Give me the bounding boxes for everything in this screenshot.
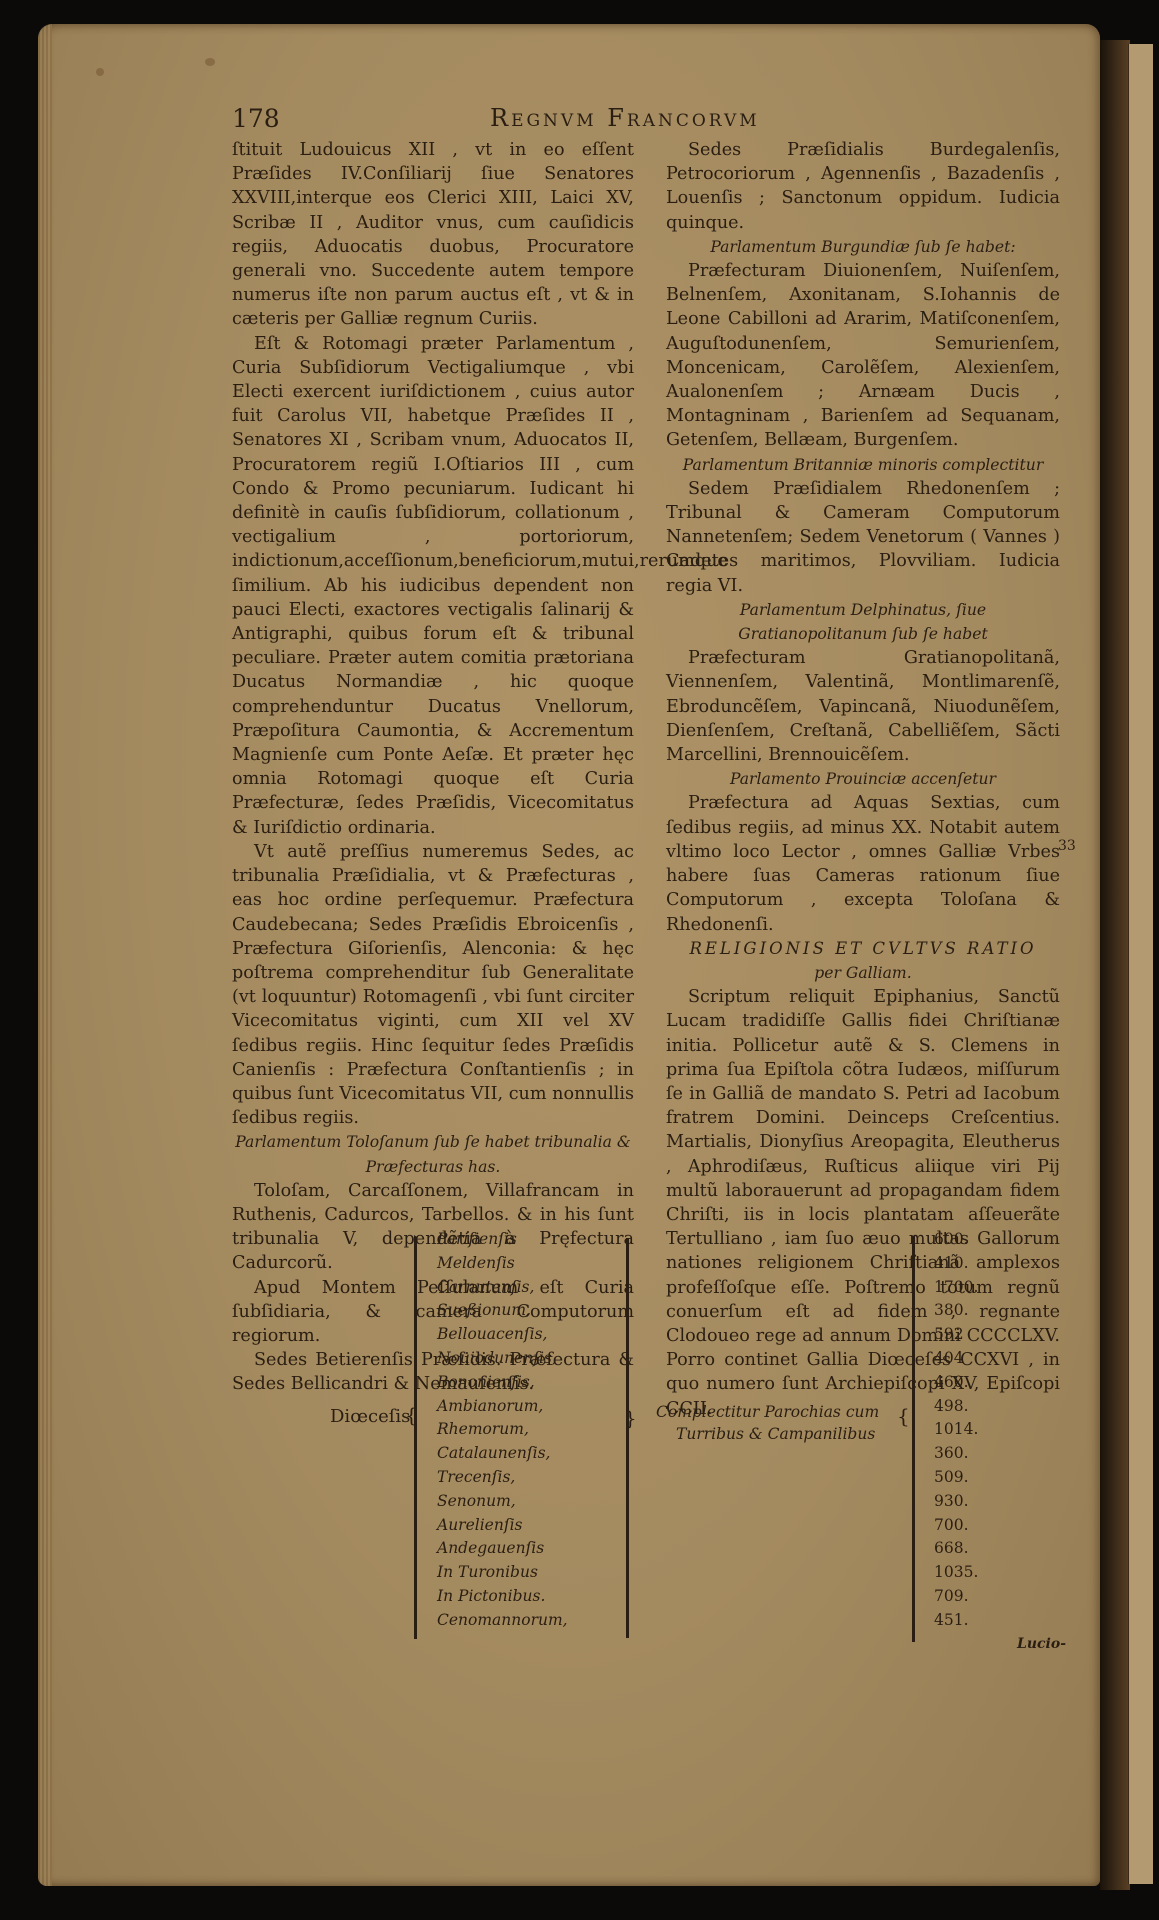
left-column: ſtituit Ludouicus XII , vt in eo eſſent … xyxy=(232,138,634,1397)
diocese-label: Diœceſis xyxy=(330,1406,410,1427)
next-page-edge xyxy=(1128,44,1153,1884)
chapter-subheading: per Galliam. xyxy=(666,961,1060,985)
parish-count: 668. xyxy=(934,1537,978,1561)
parish-count: 1014. xyxy=(934,1418,978,1442)
section-heading: Parlamentum Toloſanum ſub ſe habet tribu… xyxy=(232,1130,634,1178)
running-head: Regnvm Francorvm xyxy=(490,104,760,132)
paragraph: Eſt & Rotomagi præter Parlamentum , Curi… xyxy=(232,332,634,840)
page-stack-edge xyxy=(38,24,52,1886)
diocese-list: Pariſienſis Meldenſis Carnutenſis, Sueßi… xyxy=(437,1228,568,1633)
paragraph: Vt autẽ preſſius numeremus Sedes, ac tri… xyxy=(232,840,634,1130)
chapter-heading: RELIGIONIS ET CVLTVS RATIO xyxy=(666,937,1060,961)
diocese-item: Sueßionum, xyxy=(437,1299,568,1323)
section-heading: Parlamentum Britanniæ minoris complectit… xyxy=(666,453,1060,477)
parish-count: 451. xyxy=(934,1609,978,1633)
diocese-item: Catalaunenſis, xyxy=(437,1442,568,1466)
parish-label: Complectitur Parochias cum Turribus & Ca… xyxy=(656,1401,879,1445)
foxing-spot xyxy=(96,68,104,76)
diocese-item: Aurelienſis xyxy=(437,1514,568,1538)
paragraph: Præfecturam Gratianopolitanã, Viennenſem… xyxy=(666,646,1060,767)
diocese-item: In Pictonibus. xyxy=(437,1585,568,1609)
parish-count: 709. xyxy=(934,1585,978,1609)
catchword: Lucio- xyxy=(1017,1636,1066,1652)
margin-note: 33 xyxy=(1058,838,1076,854)
parish-count-list: 600. 410. 1700. 380. 592 404 460. 498. 1… xyxy=(934,1228,978,1633)
diocese-item: In Turonibus xyxy=(437,1561,568,1585)
diocese-item: Nouiodunenſis, xyxy=(437,1347,568,1371)
diocese-item: Senonum, xyxy=(437,1490,568,1514)
diocese-item: Andegauenſis xyxy=(437,1537,568,1561)
right-column: Sedes Præſidialis Burdegalenſis, Petroco… xyxy=(666,138,1060,1421)
parish-count: 1035. xyxy=(934,1561,978,1585)
diocese-item: Carnutenſis, xyxy=(437,1276,568,1300)
diocese-item: Meldenſis xyxy=(437,1252,568,1276)
diocese-item: Bononienſis, xyxy=(437,1371,568,1395)
parish-count: 410. xyxy=(934,1252,978,1276)
diocese-item: Pariſienſis xyxy=(437,1228,568,1252)
brace-point-icon: { xyxy=(897,1406,910,1426)
parish-count: 509. xyxy=(934,1466,978,1490)
page-number: 178 xyxy=(232,104,280,133)
parish-count: 380. xyxy=(934,1299,978,1323)
paragraph: Sedes Betierenſis Præſidis. Præfectura &… xyxy=(232,1348,634,1396)
book-gutter xyxy=(1100,40,1130,1890)
paragraph: ſtituit Ludouicus XII , vt in eo eſſent … xyxy=(232,138,634,332)
section-heading: Parlamentum Delphinatus, ſiue Gratianopo… xyxy=(666,598,1060,646)
parish-count: 592 xyxy=(934,1323,978,1347)
left-brace: { xyxy=(414,1235,423,1639)
diocese-item: Rhemorum, xyxy=(437,1418,568,1442)
paragraph: Toloſam, Carcaſſonem, Villafrancam in Ru… xyxy=(232,1179,634,1276)
section-heading: Parlamentum Burgundiæ ſub ſe habet: xyxy=(666,235,1060,259)
diocese-item: Bellouacenſis, xyxy=(437,1323,568,1347)
foxing-spot xyxy=(205,58,215,66)
parish-count: 460. xyxy=(934,1371,978,1395)
parish-label-line: Turribus & Campanilibus xyxy=(656,1423,879,1445)
parish-count: 360. xyxy=(934,1442,978,1466)
parish-label-line: Complectitur Parochias cum xyxy=(656,1401,879,1423)
brace-point-icon: { xyxy=(405,1405,418,1425)
paragraph: Sedem Præſidialem Rhedonenſem ; Tribunal… xyxy=(666,477,1060,598)
diocese-item: Trecenſis, xyxy=(437,1466,568,1490)
parish-count: 498. xyxy=(934,1395,978,1419)
diocese-item: Ambianorum, xyxy=(437,1395,568,1419)
paragraph: Apud Montem Peſſulanum eſt Curia ſubſidi… xyxy=(232,1276,634,1349)
brace-point-icon: } xyxy=(624,1408,637,1428)
paragraph: Præfecturam Diuionenſem, Nuiſenſem, Beln… xyxy=(666,259,1060,453)
parish-count: 700. xyxy=(934,1514,978,1538)
parish-count: 600. xyxy=(934,1228,978,1252)
paragraph: Sedes Præſidialis Burdegalenſis, Petroco… xyxy=(666,138,1060,235)
paragraph: Scriptum reliquit Epiphanius, Sanctũ Luc… xyxy=(666,985,1060,1421)
right-brace: { xyxy=(912,1236,921,1642)
parish-count: 930. xyxy=(934,1490,978,1514)
parish-count: 1700. xyxy=(934,1276,978,1300)
section-heading: Parlamento Prouinciæ accenſetur xyxy=(666,767,1060,791)
diocese-item: Cenomannorum, xyxy=(437,1609,568,1633)
middle-brace: } xyxy=(620,1238,629,1638)
parish-count: 404 xyxy=(934,1347,978,1371)
paragraph: Præfectura ad Aquas Sextias, cum ſedibus… xyxy=(666,791,1060,936)
